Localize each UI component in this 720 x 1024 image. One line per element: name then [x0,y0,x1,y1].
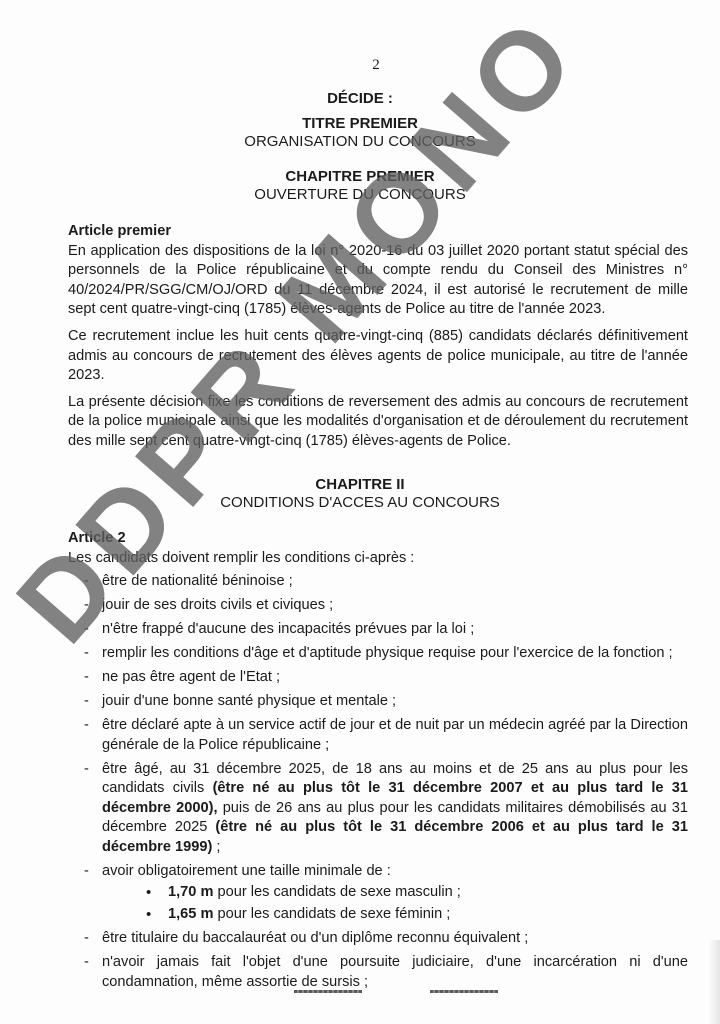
decide-heading: DÉCIDE : [0,90,720,108]
condition-item: être titulaire du baccalauréat ou d'un d… [84,929,688,949]
age-text: ; [212,839,220,855]
condition-item: remplir les conditions d'âge et d'aptitu… [84,644,688,664]
chapitre-premier-subtitle: OUVERTURE DU CONCOURS [0,186,720,204]
condition-item-age: être âgé, au 31 décembre 2025, de 18 ans… [84,760,688,858]
height-value: 1,70 m [168,884,213,900]
page-number: 2 [16,57,720,74]
condition-item: jouir d'une bonne santé physique et ment… [84,692,688,712]
article-premier-title: Article premier [68,222,688,242]
height-text: pour les candidats de sexe féminin ; [213,906,450,922]
condition-item: n'être frappé d'aucune des incapacités p… [84,620,688,640]
conditions-list: être de nationalité béninoise ; jouir de… [68,572,688,992]
condition-item: ne pas être agent de l'Etat ; [84,668,688,688]
chapitre-ii-heading: CHAPITRE II [0,476,720,494]
article-premier-paragraph: La présente décision fixe les conditions… [68,393,688,452]
chapitre-ii-subtitle: CONDITIONS D'ACCES AU CONCOURS [0,494,720,512]
page-edge-shadow [708,940,720,1024]
signature-line [430,990,498,993]
article-2-intro: Les candidats doivent remplir les condit… [68,549,688,569]
article-premier-paragraph: Ce recrutement inclue les huit cents qua… [68,327,688,386]
condition-item: être de nationalité béninoise ; [84,572,688,592]
condition-item-height: avoir obligatoirement une taille minimal… [84,862,688,925]
height-value: 1,65 m [168,906,213,922]
condition-item: n'avoir jamais fait l'objet d'une poursu… [84,953,688,992]
signature-line [294,990,362,993]
height-item: 1,70 m pour les candidats de sexe mascul… [146,883,688,903]
titre-premier-subtitle: ORGANISATION DU CONCOURS [0,133,720,151]
article-2: Article 2 Les candidats doivent remplir … [68,529,688,997]
chapitre-premier-heading: CHAPITRE PREMIER [0,168,720,186]
article-premier-paragraph: En application des dispositions de la lo… [68,242,688,320]
titre-premier-heading: TITRE PREMIER [0,115,720,133]
height-list: 1,70 m pour les candidats de sexe mascul… [102,883,688,925]
document-page: 2 DÉCIDE : TITRE PREMIER ORGANISATION DU… [0,0,720,1024]
condition-item: être déclaré apte à un service actif de … [84,716,688,755]
condition-item: jouir de ses droits civils et civiques ; [84,596,688,616]
height-item: 1,65 m pour les candidats de sexe fémini… [146,905,688,925]
height-text: pour les candidats de sexe masculin ; [213,884,460,900]
height-intro: avoir obligatoirement une taille minimal… [102,863,391,879]
article-2-title: Article 2 [68,529,688,549]
article-premier: Article premier En application des dispo… [68,222,688,452]
